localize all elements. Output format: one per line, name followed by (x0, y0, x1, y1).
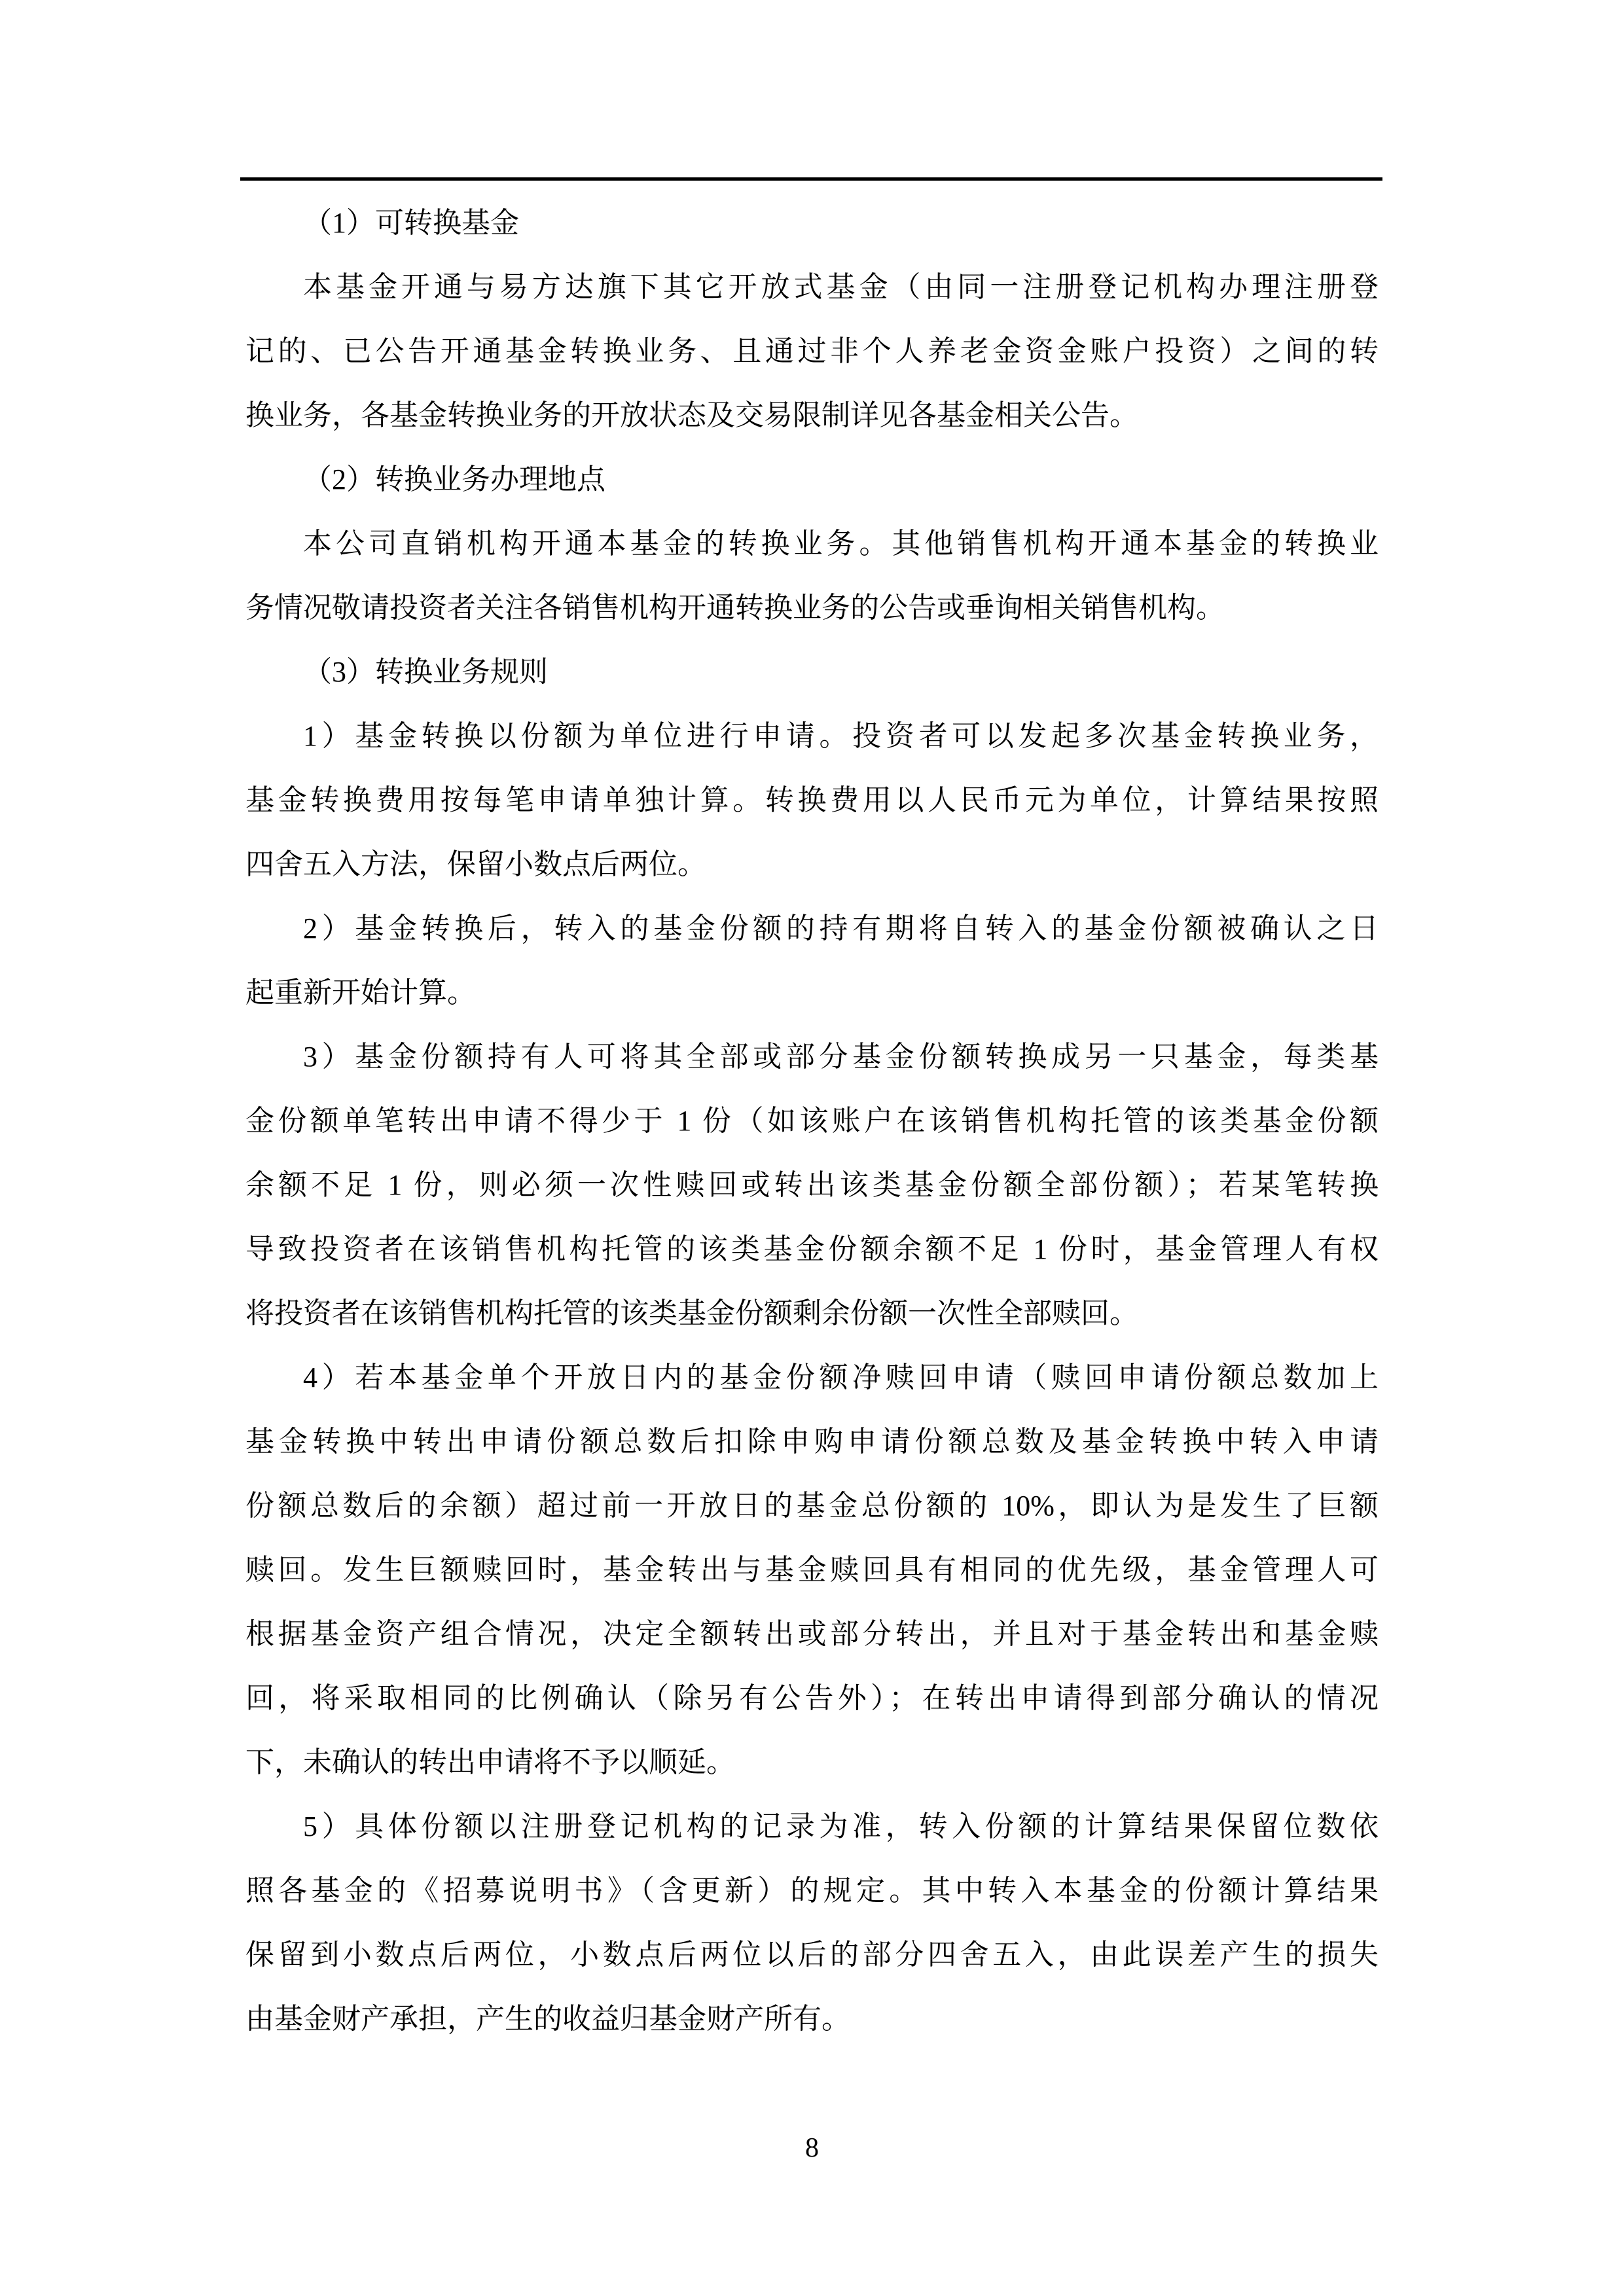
text-line: 金份额单笔转出申请不得少于 1 份（如该账户在该销售机构托管的该类基金份额 (245, 1089, 1379, 1153)
text-line: 份额总数后的余额）超过前一开放日的基金总份额的 10%，即认为是发生了巨额 (245, 1474, 1379, 1538)
text-line: 本基金开通与易方达旗下其它开放式基金（由同一注册登记机构办理注册登 (245, 255, 1379, 319)
text-line: 务情况敬请投资者关注各销售机构开通转换业务的公告或垂询相关销售机构。 (245, 576, 1379, 640)
text-line: 根据基金资产组合情况，决定全额转出或部分转出，并且对于基金转出和基金赎 (245, 1602, 1379, 1666)
text-line: 1）基金转换以份额为单位进行申请。投资者可以发起多次基金转换业务， (245, 704, 1379, 768)
text-line: 由基金财产承担，产生的收益归基金财产所有。 (245, 1987, 1379, 2051)
document-body: （1）可转换基金本基金开通与易方达旗下其它开放式基金（由同一注册登记机构办理注册… (245, 191, 1379, 2051)
text-line: 本公司直销机构开通本基金的转换业务。其他销售机构开通本基金的转换业 (245, 512, 1379, 576)
text-line: 导致投资者在该销售机构托管的该类基金份额余额不足 1 份时，基金管理人有权 (245, 1217, 1379, 1282)
text-line: （1）可转换基金 (245, 191, 1379, 255)
text-line: 2）基金转换后，转入的基金份额的持有期将自转入的基金份额被确认之日 (245, 897, 1379, 961)
header-rule (240, 177, 1382, 181)
text-line: （2）转换业务办理地点 (245, 448, 1379, 512)
text-line: 记的、已公告开通基金转换业务、且通过非个人养老金资金账户投资）之间的转 (245, 319, 1379, 384)
text-line: 四舍五入方法，保留小数点后两位。 (245, 833, 1379, 897)
text-line: 照各基金的《招募说明书》（含更新）的规定。其中转入本基金的份额计算结果 (245, 1859, 1379, 1923)
text-line: 基金转换费用按每笔申请单独计算。转换费用以人民币元为单位，计算结果按照 (245, 768, 1379, 833)
text-line: 下，未确认的转出申请将不予以顺延。 (245, 1731, 1379, 1795)
text-line: 3）基金份额持有人可将其全部或部分基金份额转换成另一只基金，每类基 (245, 1025, 1379, 1089)
text-line: 基金转换中转出申请份额总数后扣除申购申请份额总数及基金转换中转入申请 (245, 1410, 1379, 1474)
text-line: 换业务，各基金转换业务的开放状态及交易限制详见各基金相关公告。 (245, 384, 1379, 448)
text-line: 赎回。发生巨额赎回时，基金转出与基金赎回具有相同的优先级，基金管理人可 (245, 1538, 1379, 1602)
page-number: 8 (0, 2128, 1624, 2168)
text-line: （3）转换业务规则 (245, 640, 1379, 704)
text-line: 4）若本基金单个开放日内的基金份额净赎回申请（赎回申请份额总数加上 (245, 1346, 1379, 1410)
text-line: 保留到小数点后两位，小数点后两位以后的部分四舍五入，由此误差产生的损失 (245, 1923, 1379, 1987)
text-line: 起重新开始计算。 (245, 961, 1379, 1025)
document-page: （1）可转换基金本基金开通与易方达旗下其它开放式基金（由同一注册登记机构办理注册… (0, 0, 1624, 2296)
text-line: 将投资者在该销售机构托管的该类基金份额剩余份额一次性全部赎回。 (245, 1282, 1379, 1346)
text-line: 回，将采取相同的比例确认（除另有公告外）；在转出申请得到部分确认的情况 (245, 1666, 1379, 1731)
text-line: 5）具体份额以注册登记机构的记录为准，转入份额的计算结果保留位数依 (245, 1795, 1379, 1859)
text-line: 余额不足 1 份，则必须一次性赎回或转出该类基金份额全部份额）；若某笔转换 (245, 1153, 1379, 1217)
